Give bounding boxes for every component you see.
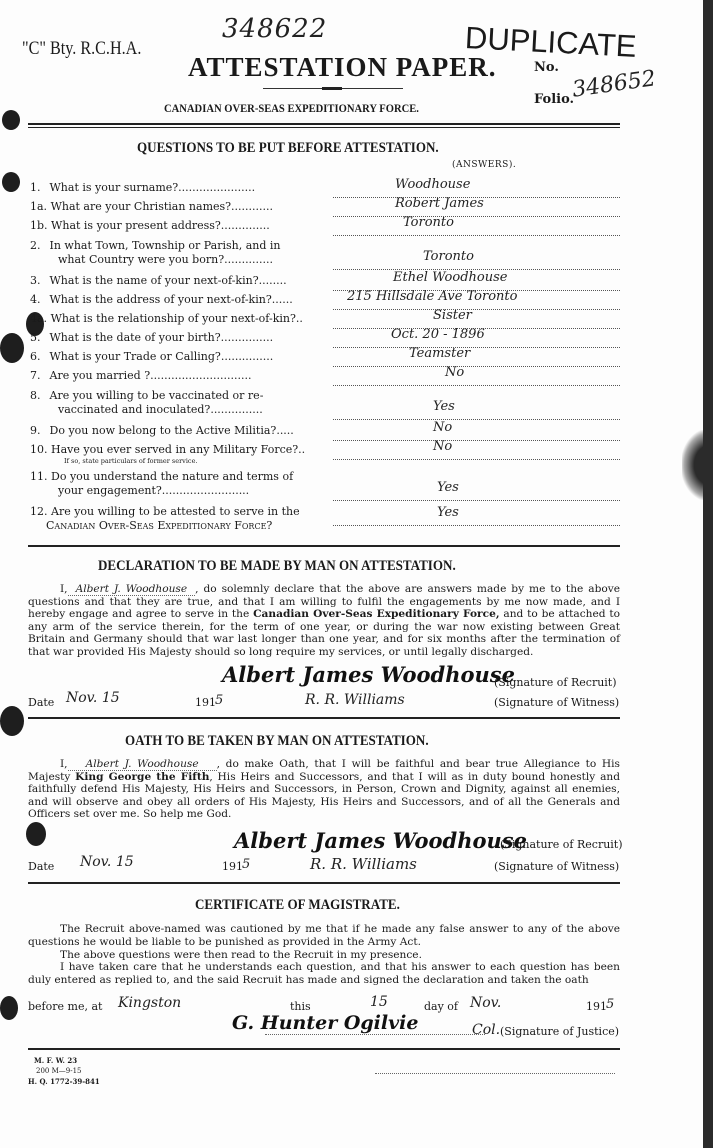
question-4a: 4a. What is the relationship of your nex… <box>30 312 320 326</box>
answer-field-birth-date[interactable]: Oct. 20 - 1896 <box>333 333 620 348</box>
section-rule <box>28 545 620 547</box>
oath-title: OATH TO BE TAKEN BY MAN ON ATTESTATION. <box>125 733 429 750</box>
oath-year-prefix: 191 <box>222 860 243 873</box>
scan-edge-blot <box>682 430 710 500</box>
answer-field-married[interactable]: No <box>333 371 620 386</box>
declaration-witness-signature[interactable]: R. R. Williams <box>305 692 405 708</box>
answer-field-understand-terms[interactable]: Yes <box>333 486 620 501</box>
answers-header: (ANSWERS). <box>452 160 516 170</box>
question-7: 7. Are you married ?....................… <box>30 369 320 383</box>
question-10: 10. Have you ever served in any Military… <box>30 443 320 465</box>
answer-field-vaccinated[interactable]: Yes <box>333 405 620 420</box>
justice-title: Col. <box>472 1022 500 1038</box>
punch-hole <box>26 822 46 846</box>
answer-field-trade[interactable]: Teamster <box>333 352 620 367</box>
punch-hole <box>0 996 18 1020</box>
answer-field-christian-names[interactable]: Robert James <box>333 202 620 217</box>
answer-field-next-of-kin-address[interactable]: 215 Hillsdale Ave Toronto <box>333 295 620 310</box>
punch-hole <box>0 706 24 736</box>
answer-field-willing-to-serve[interactable]: Yes <box>333 511 620 526</box>
justice-label: (Signature of Justice) <box>500 1025 619 1038</box>
certificate-month-field[interactable]: Nov. <box>470 995 501 1011</box>
question-3: 3. What is the name of your next-of-kin?… <box>30 274 320 288</box>
oath-text: I,Albert J. Woodhouse, do make Oath, tha… <box>28 758 620 821</box>
declaration-name-field[interactable]: Albert J. Woodhouse <box>68 583 196 596</box>
print-run: 200 M—9-15 <box>36 1067 81 1076</box>
question-4: 4. What is the address of your next-of-k… <box>30 293 320 307</box>
folio-number: 348652 <box>571 66 658 102</box>
certificate-para-1: The Recruit above-named was cautioned by… <box>28 923 620 948</box>
declaration-witness-label: (Signature of Witness) <box>494 696 619 709</box>
punch-hole <box>0 333 24 363</box>
document-title: ATTESTATION PAPER. <box>188 52 497 83</box>
question-11: 11. Do you understand the nature and ter… <box>30 470 320 498</box>
declaration-date-label: Date <box>28 696 54 709</box>
header-rule <box>28 123 620 125</box>
scan-edge <box>703 0 713 1148</box>
form-code: M. F. W. 23 <box>34 1056 77 1065</box>
question-1: 1. What is your surname?................… <box>30 181 320 195</box>
declaration-date-field[interactable]: Nov. 15 <box>66 690 120 706</box>
oath-date-field[interactable]: Nov. 15 <box>80 854 134 870</box>
attestation-paper: "C" Bty. R.C.H.A. 348622 ATTESTATION PAP… <box>0 0 703 1148</box>
declaration-recruit-label: (Signature of Recruit) <box>494 676 617 689</box>
declaration-title: DECLARATION TO BE MADE BY MAN ON ATTESTA… <box>98 558 456 575</box>
oath-recruit-signature[interactable]: Albert James Woodhouse <box>234 828 527 853</box>
questions-title: QUESTIONS TO BE PUT BEFORE ATTESTATION. <box>137 140 439 157</box>
question-8: 8. Are you willing to be vaccinated or r… <box>30 389 320 417</box>
section-rule <box>28 1048 620 1050</box>
question-2: 2. In what Town, Township or Parish, and… <box>30 239 320 267</box>
certificate-para-2: The above questions were then read to th… <box>28 949 620 962</box>
battery-label: "C" Bty. R.C.H.A. <box>22 38 141 60</box>
question-1b: 1b. What is your present address?.......… <box>30 219 320 233</box>
oath-name-field[interactable]: Albert J. Woodhouse <box>68 758 217 771</box>
question-9: 9. Do you now belong to the Active Milit… <box>30 424 320 438</box>
oath-year-suffix[interactable]: 5 <box>242 857 250 872</box>
answer-field-military-service[interactable]: No <box>333 445 620 460</box>
justice-signature-line <box>265 1033 485 1035</box>
regimental-number: 348622 <box>222 14 327 44</box>
document-subtitle: CANADIAN OVER-SEAS EXPEDITIONARY FORCE. <box>164 103 419 115</box>
justice-signature[interactable]: G. Hunter Ogilvie <box>232 1012 418 1034</box>
blank-line <box>375 1072 615 1074</box>
question-12: 12. Are you willing to be attested to se… <box>30 505 320 533</box>
answer-field-address[interactable]: Toronto <box>333 221 620 236</box>
punch-hole <box>2 110 20 130</box>
oath-date-label: Date <box>28 860 54 873</box>
header-rule-thin <box>28 127 620 128</box>
hq-reference: H. Q. 1772-39-841 <box>28 1077 100 1086</box>
declaration-recruit-signature[interactable]: Albert James Woodhouse <box>222 662 515 687</box>
certificate-before-label: before me, at <box>28 1000 102 1013</box>
question-1a: 1a. What are your Christian names?......… <box>30 200 320 214</box>
certificate-para-3: I have taken care that he understands ea… <box>28 961 620 986</box>
certificate-title: CERTIFICATE OF MAGISTRATE. <box>195 897 400 914</box>
folio-label: Folio. <box>534 92 574 107</box>
oath-recruit-label: (Signature of Recruit) <box>500 838 623 851</box>
section-rule <box>28 717 620 719</box>
question-5: 5. What is the date of your birth?......… <box>30 331 320 345</box>
certificate-year-suffix[interactable]: 5 <box>606 997 614 1012</box>
certificate-day-field[interactable]: 15 <box>370 994 388 1010</box>
section-rule <box>28 882 620 884</box>
declaration-year-suffix[interactable]: 5 <box>215 693 223 708</box>
declaration-year-prefix: 191 <box>195 696 216 709</box>
certificate-year-prefix: 191 <box>586 1000 607 1013</box>
oath-witness-signature[interactable]: R. R. Williams <box>310 855 417 873</box>
answer-field-active-militia[interactable]: No <box>333 426 620 441</box>
punch-hole <box>2 172 20 192</box>
oath-witness-label: (Signature of Witness) <box>494 860 619 873</box>
declaration-text: I,Albert J. Woodhouse, do solemnly decla… <box>28 583 620 659</box>
certificate-day-of-label: day of <box>424 1000 458 1013</box>
no-label: No. <box>534 60 559 75</box>
title-divider-accent <box>322 87 342 90</box>
answer-field-birthplace[interactable]: Toronto <box>333 255 620 270</box>
certificate-place-field[interactable]: Kingston <box>118 995 181 1011</box>
question-6: 6. What is your Trade or Calling?.......… <box>30 350 320 364</box>
